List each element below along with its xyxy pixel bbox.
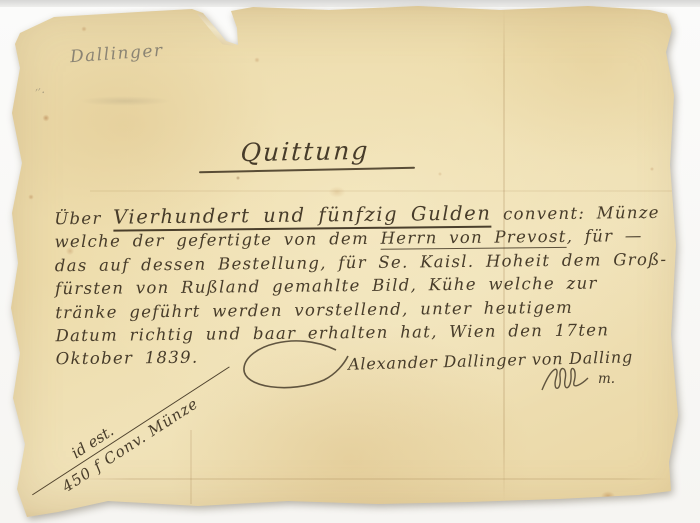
- id-est-note: id est. 450 f Conv. Münze: [21, 349, 251, 523]
- signature-suffix: m.: [598, 371, 615, 387]
- document-title: Quittung: [189, 135, 420, 168]
- id-est-label: id est.: [21, 349, 229, 494]
- signature-paraph: [538, 362, 592, 400]
- line2-pre: welche der gefertigte von dem: [54, 229, 380, 251]
- paper-sheet: Dallinger ′′· Quittung Über Vierhundert …: [0, 0, 700, 523]
- horizontal-crease-upper: [90, 190, 678, 192]
- line1-pre: Über: [54, 209, 113, 229]
- scanned-receipt-photo: Dallinger ′′· Quittung Über Vierhundert …: [0, 0, 700, 523]
- torn-notch-fold: [197, 11, 243, 46]
- paper-document: Dallinger ′′· Quittung Über Vierhundert …: [0, 0, 700, 523]
- id-est-diagonal-stroke: [32, 366, 230, 495]
- id-est-amount: 450 f Conv. Münze: [34, 369, 241, 513]
- pencil-marks: ′′·: [35, 85, 47, 101]
- line1-post: convent: Münze: [491, 203, 660, 224]
- pencil-annotation: Dallinger: [69, 41, 164, 67]
- horizontal-crease-bottom: [70, 478, 670, 480]
- payer-name: Herrn von Prevost: [380, 227, 566, 250]
- pencil-smudge: [60, 92, 190, 110]
- vertical-fold-crease-small: [190, 430, 192, 504]
- signature-flourish: [236, 336, 354, 402]
- receipt-body: Über Vierhundert und fünfzig Gulden conv…: [54, 200, 671, 371]
- title-underline-stroke: [199, 167, 415, 174]
- line2-post: , für —: [567, 226, 643, 246]
